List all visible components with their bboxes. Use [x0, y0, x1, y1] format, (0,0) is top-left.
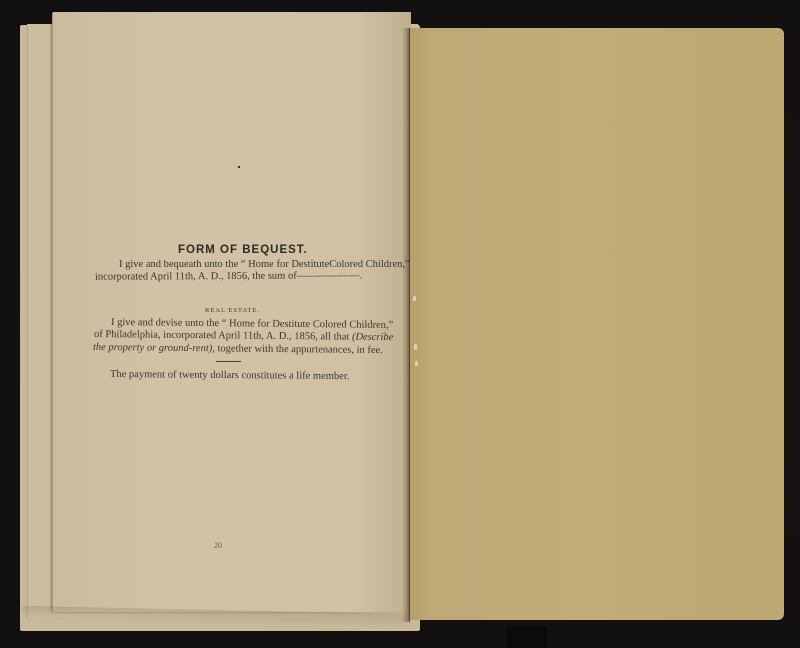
bequest-line-2: incorporated April 11th, A. D., 1856, th…	[95, 270, 362, 282]
paper-speck	[414, 344, 417, 350]
book-gutter	[402, 28, 410, 622]
real-estate-heading: REAL ESTATE.	[205, 307, 260, 314]
real-estate-italic-close: the property or ground-rent),	[93, 342, 215, 354]
right-page-blank	[409, 28, 784, 620]
cover-notch	[507, 626, 547, 648]
real-estate-line-3-text: together with the appurtenances, in fee.	[217, 343, 382, 356]
paper-speck	[415, 361, 418, 366]
page-number: 20	[214, 541, 222, 550]
bequest-line-1: I give and bequeath unto the “ Home for …	[119, 259, 410, 270]
paper-speck	[413, 296, 416, 301]
real-estate-italic-open: (Describe	[352, 332, 394, 343]
section-divider	[216, 361, 241, 362]
page-heading: FORM OF BEQUEST.	[178, 244, 308, 256]
ink-mark	[238, 166, 240, 168]
membership-note: The payment of twenty dollars constitute…	[110, 369, 349, 382]
